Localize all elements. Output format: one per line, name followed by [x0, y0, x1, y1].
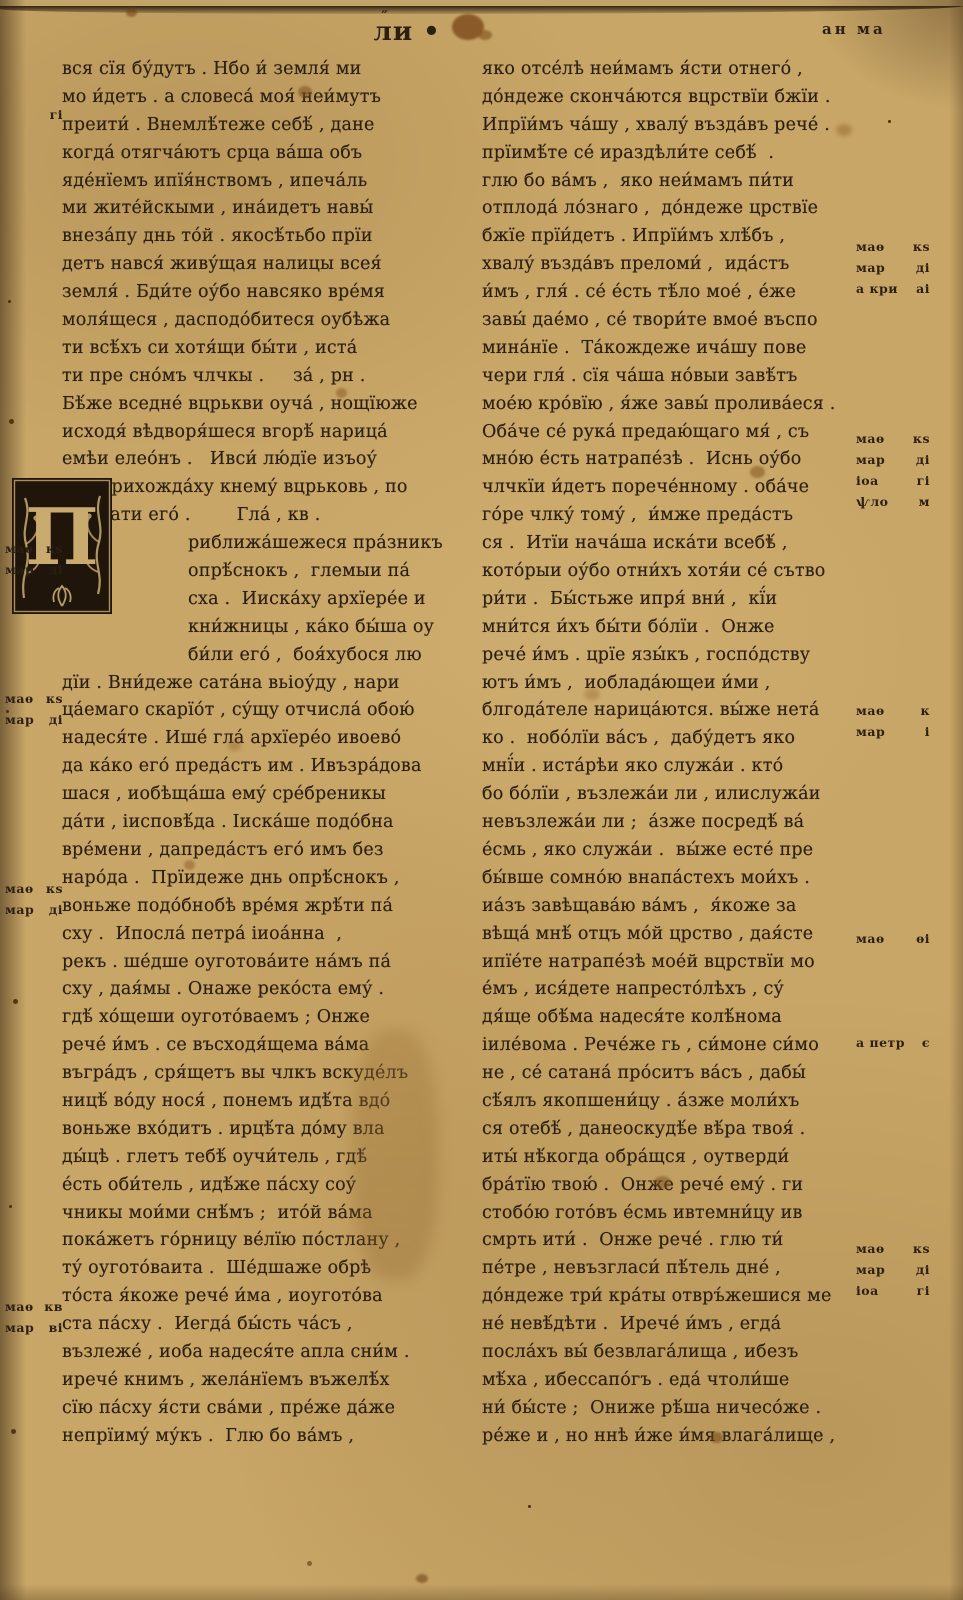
margin-note: а петрє — [856, 1032, 930, 1053]
text-line: ти всѣ́хъ си хотя́щи бы́ти , иста́ — [62, 335, 482, 363]
folio-number: ˝ли • — [380, 8, 441, 47]
text-line: рекъ . ше́дше оуготова́ите на́мъ па́ — [62, 949, 482, 977]
text-line: не́ невѣ́дѣти . Ирече́ и́мъ , егда́ — [482, 1311, 882, 1339]
text-line: ри́ти . Бы́стьже ипря́ вни́ , кї́и — [482, 586, 882, 614]
text-line: бжїе прїи́детъ . Ипрїи́мъ хлѣ́бъ , — [482, 223, 882, 251]
text-line: рече́ и́мъ . црїе язы́къ , госпо́дству — [482, 642, 882, 670]
margin-note-reference: іоагі — [856, 470, 930, 491]
margin-note-reference: марді — [5, 899, 63, 920]
text-line: да ка́ко его́ преда́стъ им . Ивъзра́дова — [62, 753, 482, 781]
text-line: бы́вше сомно́ю внапа́стехъ мои́хъ . — [482, 865, 882, 893]
text-line: би́ли его́ , боя́хубося лю — [62, 642, 482, 670]
text-line: прїимѣ́те се́ ираздѣли́те себѣ́ . — [482, 140, 882, 168]
margin-note-reference: іоагі — [856, 1280, 930, 1301]
text-line: чери гля́ . сїя ча́ша но́выи завѣ́тъ — [482, 363, 882, 391]
text-line: ти пре сно́мъ члчкы . за́ , рн . — [62, 363, 482, 391]
text-line: пока́жетъ го́рницу ве́лїю по́стлану , — [62, 1227, 482, 1255]
text-line: възлеже́ , иоба надеся́те апла сни́м . — [62, 1339, 482, 1367]
text-line: кото́рыи оу́бо отни́хъ хотя́и се́ сътво — [482, 558, 882, 586]
text-line: не , се́ сатана́ про́ситъ ва́съ , дабы́ — [482, 1060, 882, 1088]
text-line: сху . Ипосла́ петра́ іиоа́нна , — [62, 921, 482, 949]
text-line: ся . Итїи нача́ша иска́ти всебѣ́ , — [482, 530, 882, 558]
running-header: ан ма — [822, 20, 886, 38]
margin-note: маѳкѕмарді — [5, 688, 63, 730]
text-line: вре́мени , дапреда́стъ его́ имъ без — [62, 837, 482, 865]
text-line: емѣи елео́нъ . Ивси́ лю́дїе изъоу́ — [62, 446, 482, 474]
stain — [478, 30, 492, 40]
margin-note-reference: маѳкѕ — [856, 236, 930, 257]
text-line: е́мъ , ися́дете напресто́лѣхъ , су́ — [482, 976, 882, 1004]
text-line: мни́тся и́хъ бы́ти бо́лїи . Онже — [482, 614, 882, 642]
text-line: е́смь , яко служа́и . вы́же есте́ пре — [482, 837, 882, 865]
folio-bullet: • — [413, 17, 441, 47]
binding-gutter-shadow — [0, 0, 26, 1600]
margin-note: маѳквмарві — [5, 1296, 63, 1338]
margin-note-reference: марді — [5, 709, 63, 730]
text-line: въгра́дъ , сря́щетъ вы члкъ вскуде́лъ — [62, 1060, 482, 1088]
text-line: да́ти , іисповѣ́да . Іиска́ше подо́бна — [62, 809, 482, 837]
text-line: Бѣ́же вседне́ вцрькви оуча́ , нощїюже — [62, 391, 482, 419]
text-line: наро́да . Прїидеже днь опрѣ́снокъ , — [62, 865, 482, 893]
text-line: Оба́че се́ рука́ предаю́щаго мя́ , съ — [482, 419, 882, 447]
text-line: ипїе́те натрапе́зѣ мое́й вцрствїи мо — [482, 949, 882, 977]
text-line: шася , иобѣща́ша ему́ сре́бреникы — [62, 781, 482, 809]
text-line: бо бо́лїи , възлежа́и ли , илислужа́и — [482, 781, 882, 809]
text-line: Ипрїи́мъ ча́шу , хвалу́ възда́въ рече́ . — [482, 112, 882, 140]
margin-note-reference: маѳкѕ — [856, 428, 930, 449]
text-line: детъ нався́ живу́щая налицы всея́ — [62, 251, 482, 279]
text-line: глю бо ва́мъ , яко неи́мамъ пи́ти — [482, 168, 882, 196]
text-line: го́ре члку́ тому́ , и́мже преда́стъ — [482, 502, 882, 530]
text-line: тра прихожда́ху кнему́ вцрьковь , по — [62, 474, 482, 502]
text-line: члчкїи и́детъ порече́нному . оба́че — [482, 474, 882, 502]
text-line: и́мъ , гля́ . се́ е́сть тѣ́ло мое́ , е́ж… — [482, 279, 882, 307]
text-line: вся сїя бу́дутъ . Нбо и́ земля́ ми — [62, 56, 482, 84]
text-line: ды́цѣ . глетъ тебѣ́ оучи́тель , гдѣ́ — [62, 1144, 482, 1172]
margin-note-reference: маѳк — [856, 700, 930, 721]
text-line: смрть ити́ . Онже рече́ . глю ти́ — [482, 1227, 882, 1255]
margin-note-reference: марді — [856, 257, 930, 278]
text-line: ютъ и́мъ , иоблада́ющеи и́ми , — [482, 670, 882, 698]
margin-note-reference: а петрє — [856, 1032, 930, 1053]
text-line: ца́емаго скарїо́т , су́щу отчисла́ обою́ — [62, 697, 482, 725]
text-line: блгода́теле нарица́ются. вы́же нета́ — [482, 697, 882, 725]
margin-note-reference: гі — [5, 104, 63, 125]
margin-note-reference: марві — [5, 1317, 63, 1338]
text-line: ко . нобо́лїи ва́съ , дабу́детъ яко — [482, 725, 882, 753]
text-line: воньже подо́бнобѣ вре́мя жрѣ́ти па́ — [62, 893, 482, 921]
margin-note-reference: маѳкв — [5, 1296, 63, 1317]
margin-note: маѳкѕмарді — [5, 538, 63, 580]
text-line: когда́ отягча́ютъ срца ва́ша объ — [62, 140, 482, 168]
margin-note: маѳкѕмардііоагіѱлом — [856, 428, 930, 512]
text-line: вѣща́ мнѣ́ отцъ мо́й црство , дая́сте — [482, 921, 882, 949]
margin-note-reference: маѳкѕ — [5, 688, 63, 709]
text-line: мо и́детъ . а словеса́ моя́ неи́мутъ — [62, 84, 482, 112]
text-line: посла́хъ вы́ безвлага́лища , ибезъ — [482, 1339, 882, 1367]
text-line: риближа́шежеся пра́зникъ — [62, 530, 482, 558]
text-line: завы́ дае́мо , се́ твори́те вмое́ въспо — [482, 307, 882, 335]
left-column: вся сїя бу́дутъ . Нбо и́ земля́ мимо и́д… — [62, 56, 482, 1451]
text-line: ту́ оугото́ваита . Ше́дшаже обрѣ — [62, 1255, 482, 1283]
text-line: моля́щеся , дасподо́битеся оубѣжа — [62, 307, 482, 335]
stain — [452, 14, 484, 40]
text-line: опрѣ́снокъ , глемыи па́ — [62, 558, 482, 586]
text-line: пе́тре , невъзгласи́ пѣ́тель дне́ , — [482, 1255, 882, 1283]
text-line: яко отсе́лѣ неи́мамъ я́сти отнего́ , — [482, 56, 882, 84]
book-page: ˝ли • ан ма вся сїя бу́дутъ . Нбо и́ зем… — [0, 0, 963, 1600]
text-line: до́ндеже сконча́ются вцрствїи бжїи . — [482, 84, 882, 112]
text-line: ни́ бы́сте ; Ониже рѣ́ша ничесо́же . — [482, 1395, 882, 1423]
text-line: мѣ́ха , ибессапо́гъ . еда́ чтоли́ше — [482, 1367, 882, 1395]
text-line: ста па́сху . Иегда́ бы́сть ча́съ , — [62, 1311, 482, 1339]
text-line: дїи . Вни́деже сата́на вьіоу́ду , нари — [62, 670, 482, 698]
text-line: сха . Ииска́ху архїере́е и — [62, 586, 482, 614]
margin-note-reference: марі — [856, 721, 930, 742]
text-line: ирече́ книмъ , жела́нїемъ въжелѣ́х — [62, 1367, 482, 1395]
text-line: стобо́ю гото́въ е́смь ивтемни́цу ив — [482, 1200, 882, 1228]
text-line: дя́ще обѣ́ма надеся́те колѣ́нома — [482, 1004, 882, 1032]
text-line: сѣ́ялъ якопшени́цу . а́зже моли́хъ — [482, 1088, 882, 1116]
text-line: хвалу́ възда́въ преломи́ , ида́стъ — [482, 251, 882, 279]
text-line: мое́ю кро́вїю , я́же завы́ пролива́еся . — [482, 391, 882, 419]
margin-note: маѳкѕмардііоагі — [856, 1238, 930, 1301]
margin-note: маѳкѕмарді — [5, 878, 63, 920]
text-line: непрїиму́ му́къ . Глю бо ва́мъ , — [62, 1423, 482, 1451]
text-line: сху , дая́мы . Онаже реко́ста ему́ . — [62, 976, 482, 1004]
page-bottom-edge-shadow — [0, 1584, 963, 1600]
text-line: іиле́вома . Рече́же гь , си́моне си́мо — [482, 1032, 882, 1060]
text-line: чникы мои́ми снѣ́мъ ; ито́й ва́ма — [62, 1200, 482, 1228]
text-line: мина́нїе . Та́кождеже ича́шу пове — [482, 335, 882, 363]
text-line: земля́ . Бди́те оу́бо навсяко вре́мя — [62, 279, 482, 307]
text-line: мнї́и . иста́рѣи яко служа́и . кто́ — [482, 753, 882, 781]
margin-note-reference: маѳѳі — [856, 928, 930, 949]
text-line: воньже вхо́дитъ . ирцѣ́та до́му вла — [62, 1116, 482, 1144]
text-line: слу́шати его́ . Гла́ , кв . — [62, 502, 482, 530]
margin-note-reference: ѱлом — [856, 491, 930, 512]
text-line: ре́же и , но ннѣ и́же и́мя влага́лище , — [482, 1423, 882, 1451]
stain — [416, 1574, 428, 1583]
text-line: мно́ю е́сть натрапе́зѣ . Иснь оу́бо — [482, 446, 882, 474]
text-line: невъзлежа́и ли ; а́зже посредѣ́ ва́ — [482, 809, 882, 837]
right-column: яко отсе́лѣ неи́мамъ я́сти отнего́ ,до́н… — [482, 56, 882, 1451]
text-line: ницѣ́ во́ду нося́ , понемъ идѣ́та вдо́ — [62, 1088, 482, 1116]
text-line: надеся́те . Ише́ гла́ архїере́о ивоево́ — [62, 725, 482, 753]
text-line: ми жите́йскыми , ина́идетъ навы́ — [62, 195, 482, 223]
page-right-edge-shadow — [949, 0, 963, 1600]
text-line: иа́зъ завѣщава́ю ва́мъ , я́коже за — [482, 893, 882, 921]
margin-note-reference: марді — [856, 1259, 930, 1280]
text-line: ся отебѣ́ , данеоскудѣ́е вѣ́ра твоя́ . — [482, 1116, 882, 1144]
margin-note-reference: марді — [5, 559, 63, 580]
margin-note-reference: а криаі — [856, 278, 930, 299]
margin-note: маѳѳі — [856, 928, 930, 949]
text-line: отплода́ ло́знаго , до́ндеже црствїе — [482, 195, 882, 223]
text-line: преити́ . Внемлѣ́теже себѣ́ , дане — [62, 112, 482, 140]
text-line: исходя́ вѣдворя́шеся вгорѣ́ нарица́ — [62, 419, 482, 447]
margin-note-reference: маѳкѕ — [856, 1238, 930, 1259]
margin-note: гі — [5, 104, 63, 125]
text-line: сїю па́сху я́сти сва́ми , пре́же да́же — [62, 1395, 482, 1423]
margin-note-reference: марді — [856, 449, 930, 470]
text-line: рече́ и́мъ . се въсходя́щема ва́ма — [62, 1032, 482, 1060]
text-line: гдѣ́ хо́щеши оугото́ваемъ ; Онже — [62, 1004, 482, 1032]
text-line: яде́нїемъ ипїя́нствомъ , ипеча́ль — [62, 168, 482, 196]
margin-note-reference: маѳкѕ — [5, 878, 63, 899]
text-line: бра́тїю твою́ . Онже рече́ ему́ . ги — [482, 1172, 882, 1200]
text-line: то́ста я́коже рече́ и́ма , иоугото́ва — [62, 1283, 482, 1311]
margin-note-reference: маѳкѕ — [5, 538, 63, 559]
text-line: до́ндеже три́ кра́ты отвръ́жешися ме — [482, 1283, 882, 1311]
text-line: внеза́пу днь то́й . якосѣ́тьбо прїи — [62, 223, 482, 251]
margin-note: маѳкмарі — [856, 700, 930, 742]
foxing-specks — [8, 300, 11, 303]
text-line: е́сть оби́тель , идѣ́же па́сху соу́ — [62, 1172, 482, 1200]
text-line: иты́ нѣ́когда обра́щся , оутверди́ — [482, 1144, 882, 1172]
text-line: кни́жницы , ка́ко бы́ша оу — [62, 614, 482, 642]
margin-note: маѳкѕмардіа криаі — [856, 236, 930, 299]
